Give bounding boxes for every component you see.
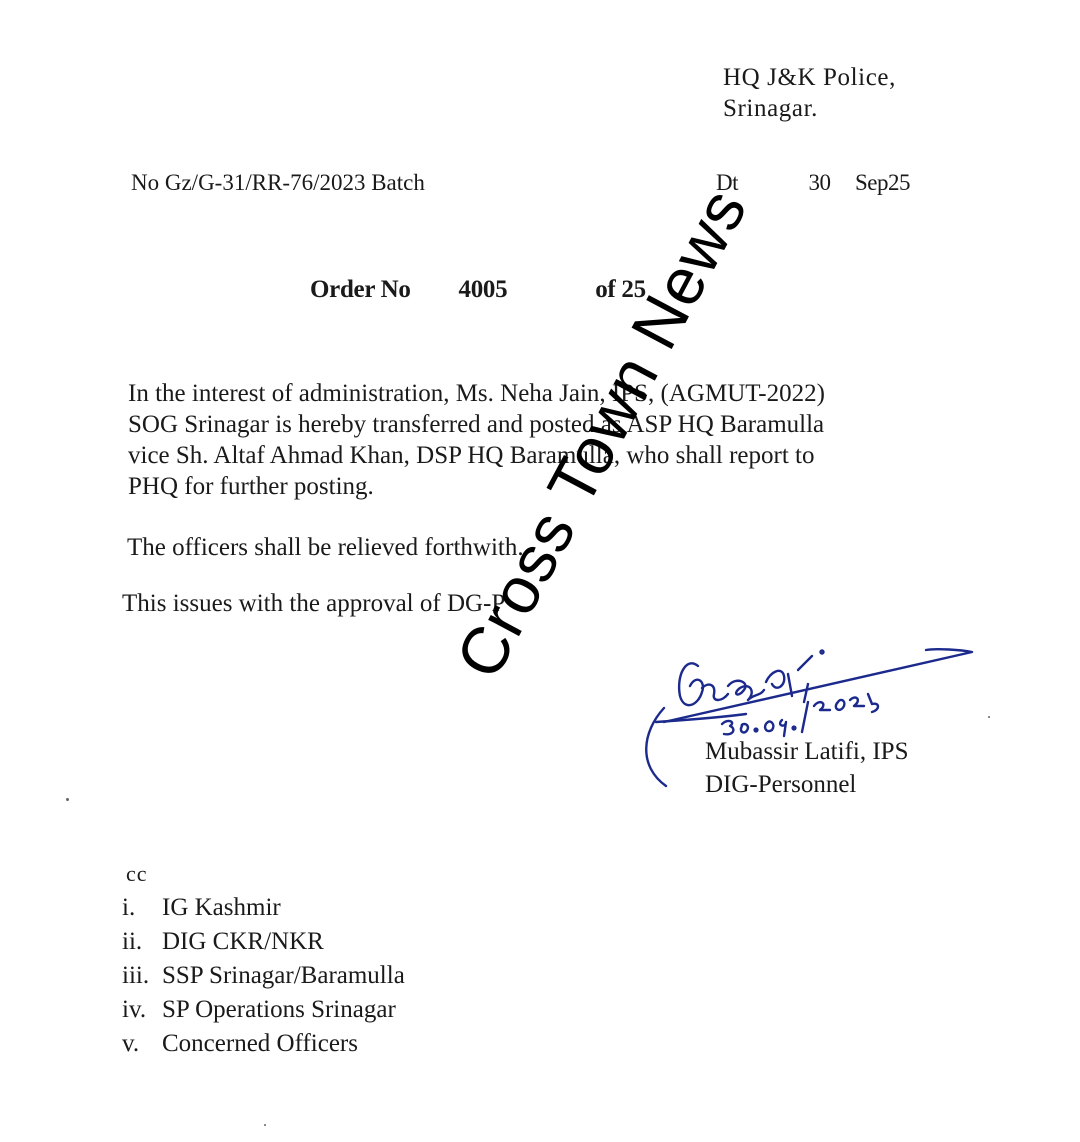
letterhead: HQ J&K Police, Srinagar.	[723, 62, 896, 124]
signatory-designation: DIG-Personnel	[705, 768, 908, 801]
scan-speck	[66, 798, 69, 801]
scan-speck	[988, 716, 990, 718]
order-date: Dt 30 Sep25	[716, 170, 910, 196]
cc-item: iii.SSP Srinagar/Baramulla	[122, 959, 405, 993]
paragraph-line: SOG Srinagar is hereby transferred and p…	[128, 409, 958, 440]
signatory: Mubassir Latifi, IPS DIG-Personnel	[705, 735, 908, 801]
letterhead-city: Srinagar.	[723, 93, 896, 124]
order-label: Order No	[310, 276, 411, 304]
relief-paragraph: The officers shall be relieved forthwith…	[127, 534, 524, 562]
cc-item: iv.SP Operations Srinagar	[122, 993, 405, 1027]
approval-paragraph: This issues with the approval of DG-P	[122, 590, 505, 618]
reference-number: No Gz/G-31/RR-76/2023 Batch	[131, 170, 425, 196]
cc-item: v.Concerned Officers	[122, 1027, 405, 1061]
date-month-year: Sep25	[855, 170, 910, 196]
cc-item: ii.DIG CKR/NKR	[122, 925, 405, 959]
cc-list: cc i.IG Kashmir ii.DIG CKR/NKR iii.SSP S…	[122, 857, 405, 1061]
letterhead-office: HQ J&K Police,	[723, 62, 896, 93]
cc-item: i.IG Kashmir	[122, 891, 405, 925]
signatory-name: Mubassir Latifi, IPS	[705, 735, 908, 768]
order-title: Order No 4005 of 25	[310, 276, 646, 304]
order-number: 4005	[459, 276, 508, 304]
date-day: 30	[809, 170, 831, 196]
cc-label: cc	[122, 857, 405, 891]
scan-speck	[264, 1124, 266, 1126]
paragraph-line: In the interest of administration, Ms. N…	[128, 378, 958, 409]
